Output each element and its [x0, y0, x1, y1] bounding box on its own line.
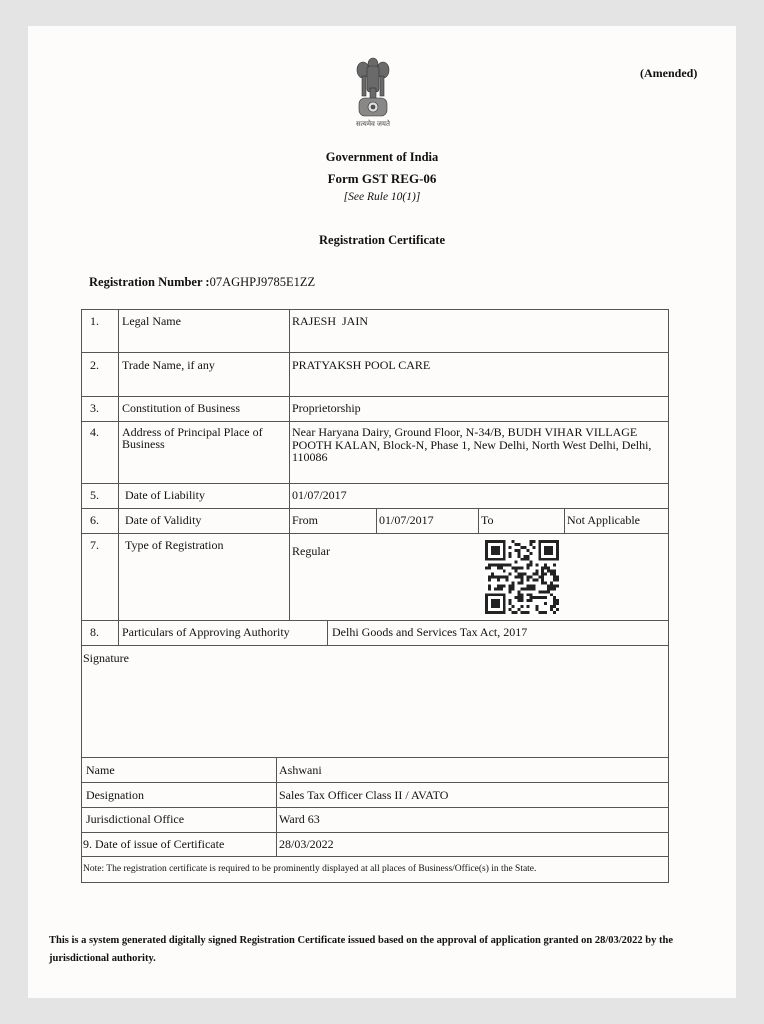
- validity-from-label: From: [292, 514, 318, 526]
- row-divider: [81, 421, 669, 422]
- registration-number: Registration Number :07AGHPJ9785E1ZZ: [89, 275, 315, 290]
- legal-name-label: Legal Name: [122, 315, 181, 327]
- constitution-label: Constitution of Business: [122, 402, 240, 414]
- row-divider: [81, 832, 669, 833]
- jurisdictional-office-label: Jurisdictional Office: [86, 813, 184, 825]
- row-number: 5.: [90, 489, 99, 501]
- rule-reference: [See Rule 10(1)]: [28, 191, 736, 203]
- legal-name-value: RAJESH JAIN: [292, 315, 368, 327]
- row-number: 3.: [90, 402, 99, 414]
- jurisdictional-office-value: Ward 63: [279, 813, 320, 825]
- designation-label: Designation: [86, 789, 144, 801]
- liability-value: 01/07/2017: [292, 489, 347, 501]
- officer-name-value: Ashwani: [279, 764, 322, 776]
- row-number: 7.: [90, 539, 99, 551]
- row-divider: [81, 533, 669, 534]
- col-divider: [327, 620, 328, 645]
- row-divider: [81, 757, 669, 758]
- certificate-title: Registration Certificate: [28, 233, 736, 248]
- issue-date-value: 28/03/2022: [279, 838, 334, 850]
- certificate-page: (Amended) सत्यमेव जयते Government of Ind…: [28, 26, 736, 998]
- form-title: Form GST REG-06: [28, 171, 736, 187]
- row-number: 6.: [90, 514, 99, 526]
- col-divider: [478, 508, 479, 533]
- row-divider: [81, 782, 669, 783]
- registration-type-value: Regular: [292, 545, 330, 557]
- officer-name-label: Name: [86, 764, 115, 776]
- registration-number-label: Registration Number :: [89, 275, 210, 289]
- row-number: 4.: [90, 426, 99, 438]
- signature-label: Signature: [83, 652, 129, 664]
- col-divider: [276, 757, 277, 856]
- digital-signature-footer: This is a system generated digitally sig…: [49, 932, 719, 968]
- col-divider: [376, 508, 377, 533]
- row-divider: [81, 352, 669, 353]
- row-divider: [81, 620, 669, 621]
- display-note: Note: The registration certificate is re…: [83, 863, 536, 875]
- liability-label: Date of Liability: [125, 489, 205, 501]
- row-divider: [81, 396, 669, 397]
- registration-type-label: Type of Registration: [125, 539, 223, 551]
- validity-to-value: Not Applicable: [567, 514, 640, 526]
- row-number: 1.: [90, 315, 99, 327]
- row-number: 8.: [90, 626, 99, 638]
- emblem-motto: सत्यमेव जयते: [348, 120, 398, 129]
- approving-authority-label: Particulars of Approving Authority: [122, 626, 290, 638]
- qr-code-icon: [485, 540, 559, 614]
- row-divider: [81, 807, 669, 808]
- row-divider: [81, 856, 669, 857]
- validity-label: Date of Validity: [125, 514, 201, 526]
- address-value: Near Haryana Dairy, Ground Floor, N-34/B…: [292, 426, 664, 464]
- constitution-value: Proprietorship: [292, 402, 361, 414]
- issue-date-label: 9. Date of issue of Certificate: [83, 838, 224, 850]
- col-divider: [564, 508, 565, 533]
- issuer-heading: Government of India: [28, 150, 736, 165]
- row-divider: [81, 483, 669, 484]
- trade-name-label: Trade Name, if any: [122, 359, 215, 371]
- validity-to-label: To: [481, 514, 494, 526]
- validity-from-value: 01/07/2017: [379, 514, 434, 526]
- col-divider: [289, 309, 290, 620]
- row-divider: [81, 645, 669, 646]
- designation-value: Sales Tax Officer Class II / AVATO: [279, 789, 448, 801]
- approving-authority-value: Delhi Goods and Services Tax Act, 2017: [332, 626, 527, 638]
- row-divider: [81, 508, 669, 509]
- trade-name-value: PRATYAKSH POOL CARE: [292, 359, 430, 371]
- amended-label: (Amended): [640, 66, 697, 81]
- row-number: 2.: [90, 359, 99, 371]
- registration-number-value: 07AGHPJ9785E1ZZ: [210, 275, 316, 289]
- address-label: Address of Principal Place of Business: [122, 426, 282, 450]
- col-divider: [118, 309, 119, 645]
